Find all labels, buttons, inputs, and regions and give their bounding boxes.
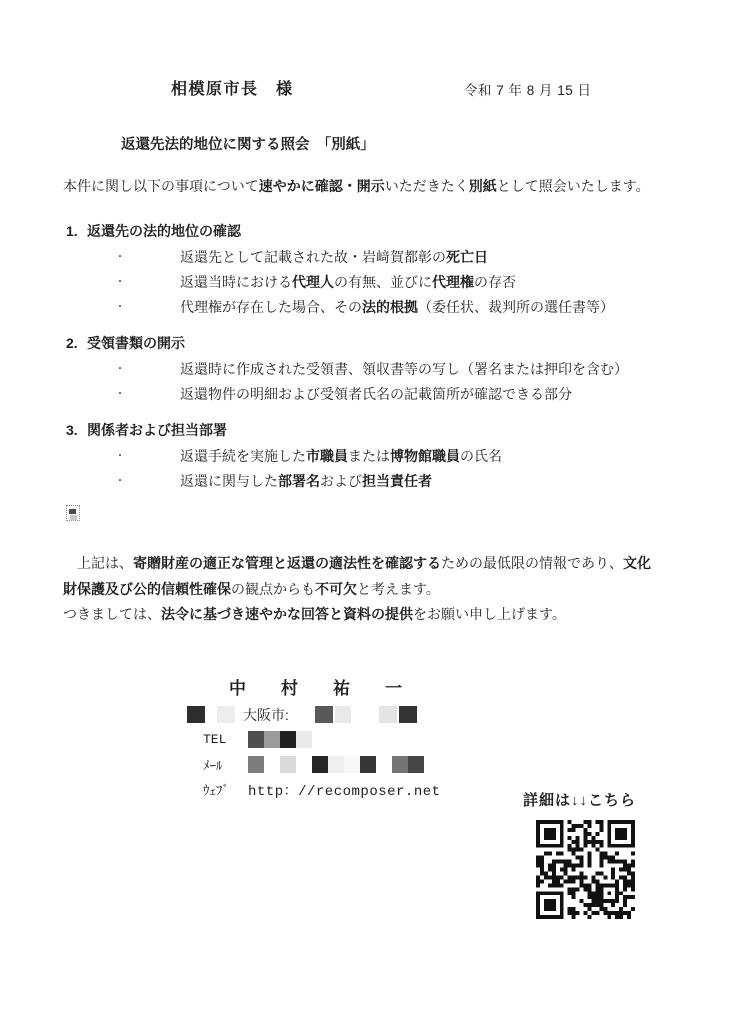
text-segment: いただきたく [385,178,469,194]
text-segment: 上記は、 [63,555,133,571]
bullet-icon: ・ [115,382,125,407]
bullet-item-text: 返還先として記載された故・岩﨑賀都彰の死亡日 [180,245,672,270]
sections-list: 1.返還先の法的地位の確認・返還先として記載された故・岩﨑賀都彰の死亡日・返還当… [66,222,672,508]
web-line: ｳｪﾌﾞ http：//recomposer.net [185,777,441,802]
text-segment: 返還手続を実施した [180,448,306,464]
qr-code-icon [536,820,635,919]
section-title: 受領書類の開示 [87,335,185,351]
text-segment: 死亡日 [446,249,488,265]
redaction-block [392,756,408,773]
redaction-block [296,731,312,748]
redaction-block [312,756,328,773]
closing-paragraph-2: つきましては、法令に基づき速やかな回答と資料の提供をお願い申し上げます。 [63,602,659,628]
section-heading: 1.返還先の法的地位の確認 [66,222,672,241]
text-segment: 市職員 [306,448,348,464]
text-segment: および [320,473,362,489]
mail-redaction [248,756,424,773]
bullet-icon: ・ [115,469,125,494]
text-segment: 本件に関し以下の事項について [63,178,259,194]
bullet-item-text: 返還時に作成された受領書、領収書等の写し（署名または押印を含む） [180,357,672,382]
bullet-item-text: 代理権が存在した場合、その法的根拠（委任状、裁判所の選任書等） [180,295,672,320]
redaction-block [248,756,264,773]
section-heading: 3.関係者および担当部署 [66,421,672,440]
bullet-item: ・返還に関与した部署名および担当責任者 [66,469,672,494]
document-page: 相模原市長 様 令和 7 年 8 月 15 日 返還先法的地位に関する照会 「別… [0,0,730,1024]
redaction-block [328,756,344,773]
address-redaction-left [185,706,235,723]
bullet-item-text: 返還当時における代理人の有無、並びに代理権の存否 [180,270,672,295]
bullet-item-text: 返還に関与した部署名および担当責任者 [180,469,672,494]
text-segment: つきましては、 [63,606,161,622]
bullet-item: ・返還物件の明細および受領者氏名の記載箇所が確認できる部分 [66,382,672,407]
bullet-item: ・返還当時における代理人の有無、並びに代理権の存否 [66,270,672,295]
section-heading: 2.受領書類の開示 [66,334,672,353]
text-segment: 担当責任者 [362,473,432,489]
document-title: 返還先法的地位に関する照会 「別紙」 [121,133,375,154]
redaction-block [408,756,424,773]
closing-paragraph-1: 上記は、寄贈財産の適正な管理と返還の適法性を確認するための最低限の情報であり、文… [63,551,659,602]
bullet-icon: ・ [115,295,125,320]
qr-caption: 詳細は↓↓こちら [523,789,636,810]
document-date: 令和 7 年 8 月 15 日 [464,79,592,99]
text-segment: ための最低限の情報であり、 [441,555,623,571]
text-segment: として照会いたします。 [497,178,650,194]
redaction-block [280,731,296,748]
section-title: 返還先の法的地位の確認 [87,223,241,239]
redaction-block [379,706,397,723]
bullet-item: ・返還先として記載された故・岩﨑賀都彰の死亡日 [66,245,672,270]
text-segment: 法令に基づき速やかな回答と資料の提供 [161,606,413,622]
bullet-icon: ・ [115,444,125,469]
text-segment: 返還当時における [180,274,292,290]
web-label: ｳｪﾌﾞ [185,780,248,799]
text-segment: の観点からも [231,581,315,597]
text-segment: 代理権 [432,274,474,290]
text-segment: の有無、並びに [334,274,432,290]
tel-label: TEL [185,732,248,747]
text-segment: 別紙 [469,178,497,194]
website-url: http：//recomposer.net [248,780,441,800]
tel-line: TEL [185,727,441,752]
address-redaction-right [289,706,417,723]
address-line: 大阪市: [185,702,441,727]
redaction-block [217,706,235,723]
text-segment: 返還先として記載された故・岩﨑賀都彰の [180,249,446,265]
section-number: 1. [66,222,87,241]
text-segment: 返還物件の明細および受領者氏名の記載箇所が確認できる部分 [180,386,572,402]
redaction-block [399,706,417,723]
bullet-item-text: 返還物件の明細および受領者氏名の記載箇所が確認できる部分 [180,382,672,407]
address-city-text: 大阪市: [243,705,289,725]
text-segment: 速やかに確認・開示 [259,178,385,194]
text-segment: 寄贈財産の適正な管理と返還の適法性を確認する [133,555,441,571]
bullet-icon: ・ [115,270,125,295]
section: 2.受領書類の開示・返還時に作成された受領書、領収書等の写し（署名または押印を含… [66,334,672,407]
text-segment: の存否 [474,274,516,290]
section: 1.返還先の法的地位の確認・返還先として記載された故・岩﨑賀都彰の死亡日・返還当… [66,222,672,320]
broken-image-glyph [69,509,76,514]
bullet-item: ・代理権が存在した場合、その法的根拠（委任状、裁判所の選任書等） [66,295,672,320]
bullet-icon: ・ [115,245,125,270]
text-segment: と考えます。 [357,581,440,597]
section-number: 3. [66,421,87,440]
recipient-name: 相模原市長 様 [171,76,294,99]
text-segment: 返還時に作成された受領書、領収書等の写し（署名または押印を含む） [180,361,628,377]
mail-line: ﾒｰﾙ [185,752,441,777]
text-segment: または [348,448,390,464]
intro-paragraph: 本件に関し以下の事項について速やかに確認・開示いただきたく別紙として照会いたしま… [63,176,673,196]
section-number: 2. [66,334,87,353]
text-segment: の氏名 [460,448,502,464]
tel-redaction [248,731,312,748]
redaction-block [280,756,296,773]
mail-label: ﾒｰﾙ [185,755,248,774]
redaction-block [187,706,205,723]
text-segment: をお願い申し上げます。 [413,606,566,622]
text-segment: 返還に関与した [180,473,278,489]
text-segment: 代理人 [292,274,334,290]
text-segment: 博物館職員 [390,448,460,464]
section: 3.関係者および担当部署・返還手続を実施した市職員または博物館職員の氏名・返還に… [66,421,672,494]
redaction-block [264,731,280,748]
redaction-block [344,756,360,773]
redaction-block [335,706,351,723]
broken-image-icon [66,505,80,521]
sender-name: 中 村 祐 一 [229,680,441,698]
bullet-item-text: 返還手続を実施した市職員または博物館職員の氏名 [180,444,672,469]
text-segment: 不可欠 [315,581,357,597]
section-title: 関係者および担当部署 [87,422,227,438]
redaction-block [315,706,333,723]
redaction-block [360,756,376,773]
redaction-block [248,731,264,748]
text-segment: 代理権が存在した場合、その [180,299,362,315]
text-segment: （委任状、裁判所の選任書等） [418,299,614,315]
closing-paragraphs: 上記は、寄贈財産の適正な管理と返還の適法性を確認するための最低限の情報であり、文… [63,551,659,628]
bullet-item: ・返還時に作成された受領書、領収書等の写し（署名または押印を含む） [66,357,672,382]
text-segment: 部署名 [278,473,320,489]
text-segment: 法的根拠 [362,299,418,315]
bullet-item: ・返還手続を実施した市職員または博物館職員の氏名 [66,444,672,469]
bullet-icon: ・ [115,357,125,382]
sender-contact-block: 中 村 祐 一 大阪市: TEL ﾒｰﾙ ｳｪﾌﾞ http：//recompo… [185,680,441,802]
